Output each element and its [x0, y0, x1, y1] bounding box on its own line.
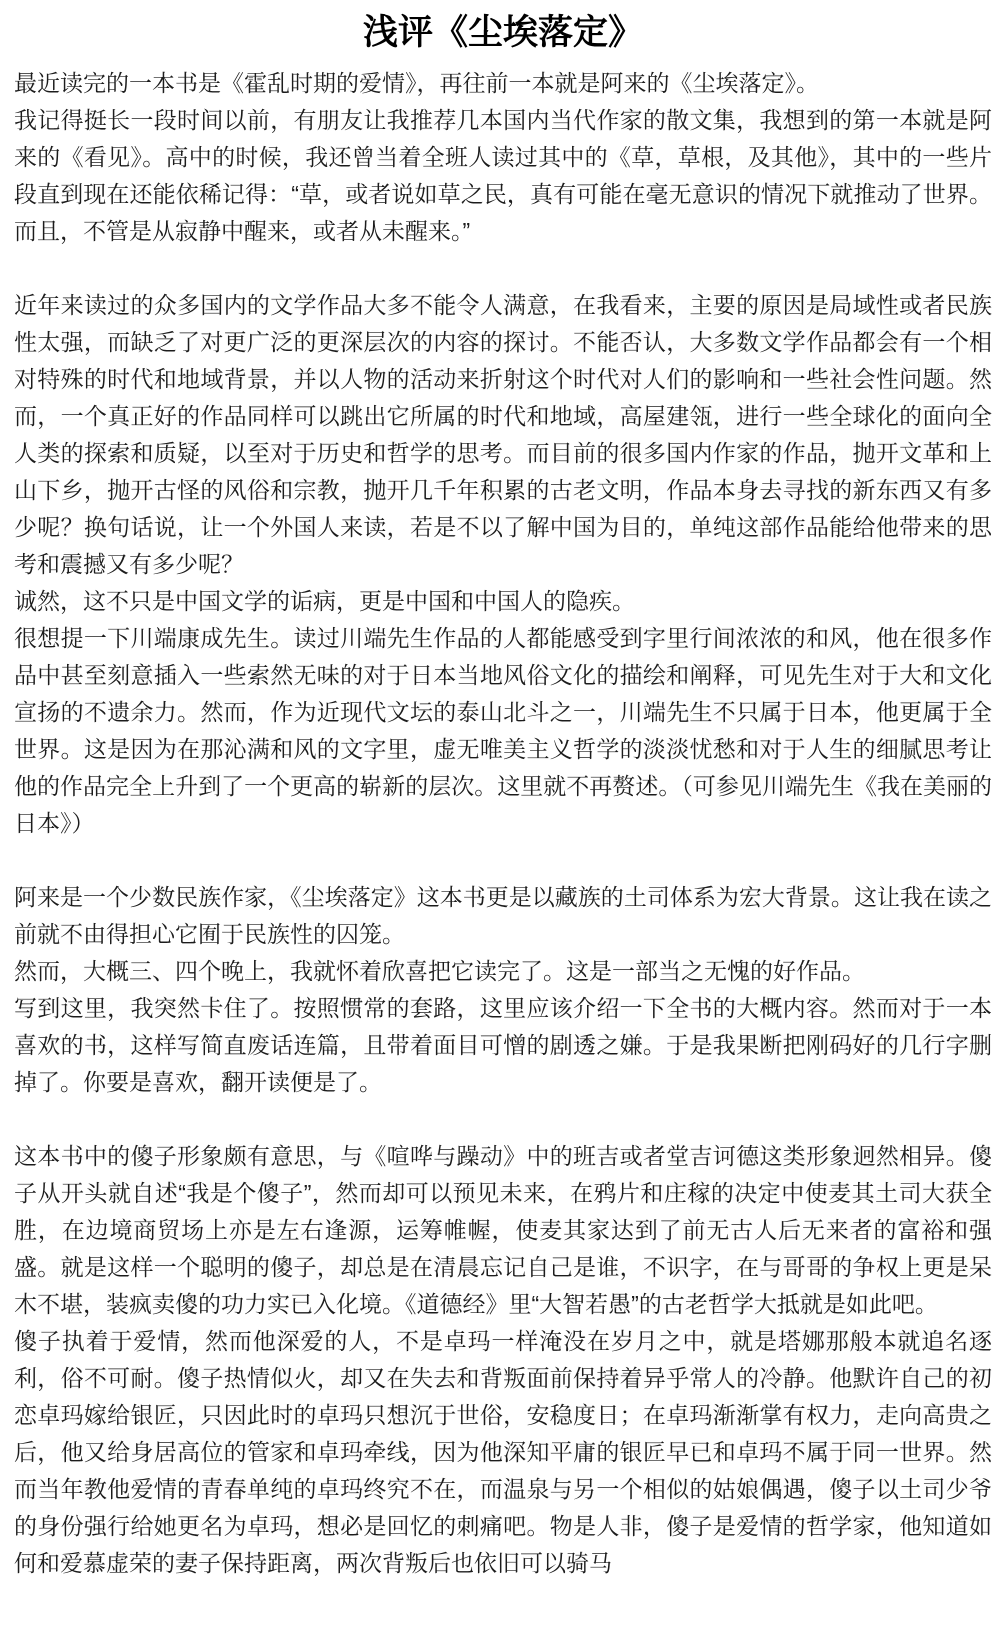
paragraph: 写到这里，我突然卡住了。按照惯常的套路，这里应该介绍一下全书的大概内容。然而对于…: [14, 990, 992, 1101]
article-section: 近年来读过的众多国内的文学作品大多不能令人满意，在我看来，主要的原因是局域性或者…: [14, 287, 992, 842]
paragraph: 傻子执着于爱情，然而他深爱的人，不是卓玛一样淹没在岁月之中，就是塔娜那般本就追名…: [14, 1323, 992, 1582]
article-section: 阿来是一个少数民族作家，《尘埃落定》这本书更是以藏族的土司体系为宏大背景。这让我…: [14, 879, 992, 1101]
article-section: 最近读完的一本书是《霍乱时期的爱情》，再往前一本就是阿来的《尘埃落定》。我记得挺…: [14, 65, 992, 250]
paragraph: 最近读完的一本书是《霍乱时期的爱情》，再往前一本就是阿来的《尘埃落定》。: [14, 65, 992, 102]
article-body: 最近读完的一本书是《霍乱时期的爱情》，再往前一本就是阿来的《尘埃落定》。我记得挺…: [14, 65, 992, 1582]
paragraph: 阿来是一个少数民族作家，《尘埃落定》这本书更是以藏族的土司体系为宏大背景。这让我…: [14, 879, 992, 953]
article-section: 这本书中的傻子形象颇有意思，与《喧哗与躁动》中的班吉或者堂吉诃德这类形象迥然相异…: [14, 1138, 992, 1582]
paragraph: 很想提一下川端康成先生。读过川端先生作品的人都能感受到字里行间浓浓的和风，他在很…: [14, 620, 992, 842]
document-title: 浅评《尘埃落定》: [14, 10, 992, 56]
document-page: 浅评《尘埃落定》 最近读完的一本书是《霍乱时期的爱情》，再往前一本就是阿来的《尘…: [0, 10, 1007, 1582]
paragraph: 然而，大概三、四个晚上，我就怀着欣喜把它读完了。这是一部当之无愧的好作品。: [14, 953, 992, 990]
paragraph: 诚然，这不只是中国文学的诟病，更是中国和中国人的隐疾。: [14, 583, 992, 620]
paragraph: 我记得挺长一段时间以前，有朋友让我推荐几本国内当代作家的散文集，我想到的第一本就…: [14, 102, 992, 250]
paragraph: 这本书中的傻子形象颇有意思，与《喧哗与躁动》中的班吉或者堂吉诃德这类形象迥然相异…: [14, 1138, 992, 1323]
paragraph: 近年来读过的众多国内的文学作品大多不能令人满意，在我看来，主要的原因是局域性或者…: [14, 287, 992, 583]
